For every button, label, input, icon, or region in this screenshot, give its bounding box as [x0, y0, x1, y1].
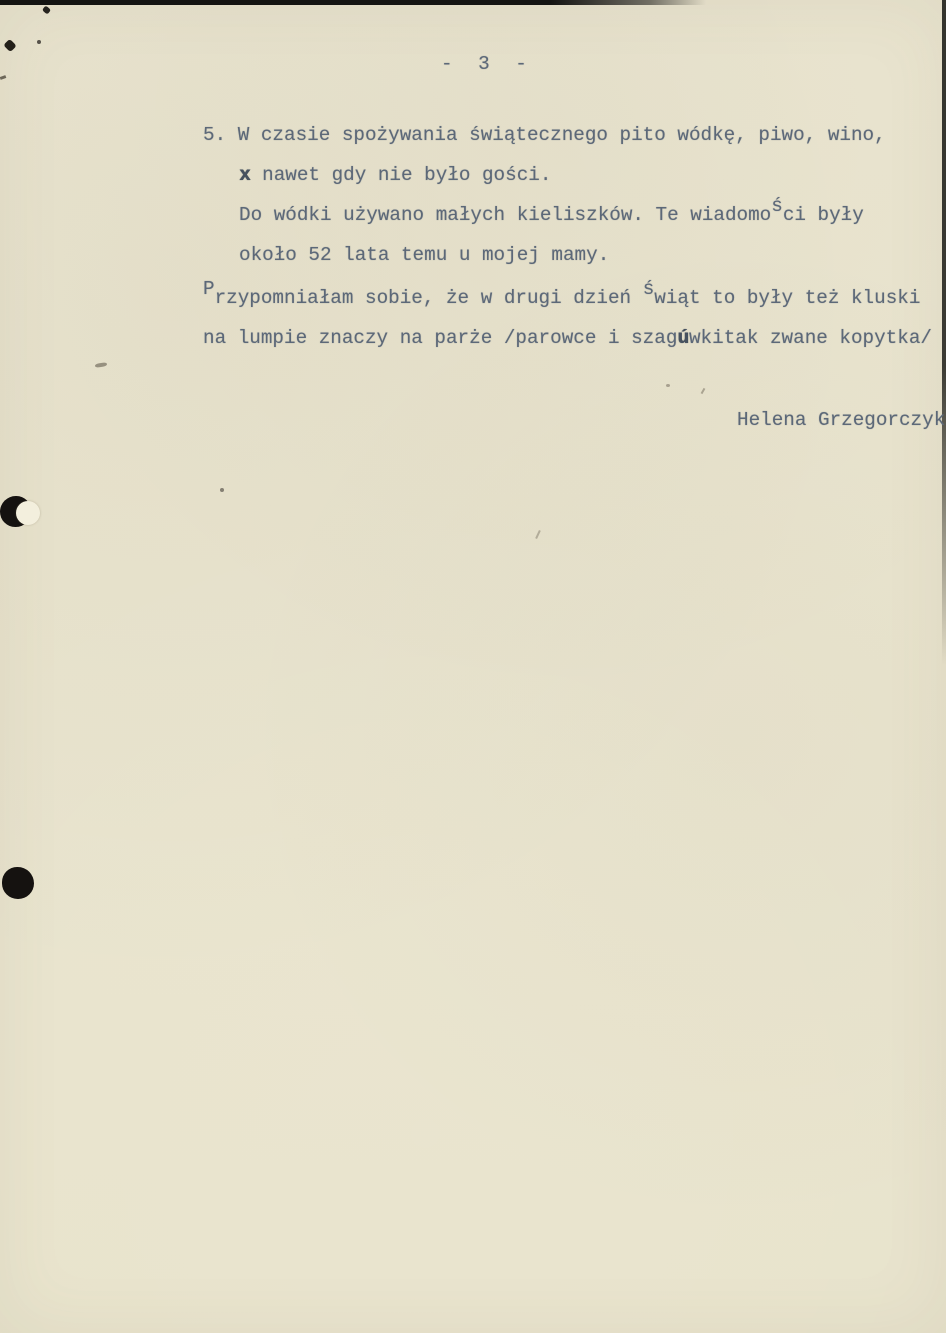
hole-punch-bottom: [2, 867, 34, 899]
text-run: około 52 lata temu u mojej mamy.: [239, 244, 609, 266]
text-run: Do wódki używano małych kieliszków. Te w…: [239, 204, 771, 226]
ink-speck: [0, 75, 6, 80]
ink-speck: [701, 388, 706, 394]
text-run: nawet gdy nie było gości.: [251, 164, 552, 186]
ink-speck: [220, 488, 224, 492]
paragraph5-line3: Do wódki używano małych kieliszków. Te w…: [239, 204, 864, 226]
overstrike-correction: x: [239, 164, 251, 186]
scanned-document-page: - 3 - 5. W czasie spożywania świąteczneg…: [0, 0, 946, 1333]
paragraph5-line2: x nawet gdy nie było gości.: [239, 164, 551, 186]
ink-speck: [535, 530, 541, 539]
text-run: 5. W czasie spożywania świątecznego pito…: [203, 124, 886, 146]
overstrike-correction: ú: [677, 327, 689, 349]
scan-edge-right: [942, 0, 946, 665]
ink-speck: [3, 39, 16, 52]
hole-punch-top-highlight: [16, 501, 40, 525]
paragraph5-line4: około 52 lata temu u mojej mamy.: [239, 244, 609, 266]
paragraph5-line1: 5. W czasie spożywania świątecznego pito…: [203, 124, 886, 146]
ink-speck: [37, 40, 41, 44]
raised-letter: ś: [643, 278, 655, 300]
ink-speck: [666, 384, 670, 387]
text-run: rzypomniałam sobie, że w drugi dzień: [215, 287, 643, 309]
raised-letter: ś: [771, 195, 783, 217]
scan-edge-top: [0, 0, 706, 5]
raised-letter: P: [203, 278, 215, 300]
text-run: wkitak zwane kopytka/: [689, 327, 932, 349]
text-run: na lumpie znaczy na parże /parowce i sza…: [203, 327, 677, 349]
closing-note-line2: na lumpie znaczy na parże /parowce i sza…: [203, 327, 932, 349]
text-run: ci były: [783, 204, 864, 226]
ink-speck: [42, 5, 51, 14]
closing-note-line1: Przypomniałam sobie, że w drugi dzień św…: [203, 287, 920, 309]
page-number: - 3 -: [441, 53, 534, 75]
pencil-mark: [95, 362, 108, 368]
text-run: wiąt to były też kluski: [654, 287, 920, 309]
signature: Helena Grzegorczyk: [737, 409, 945, 431]
